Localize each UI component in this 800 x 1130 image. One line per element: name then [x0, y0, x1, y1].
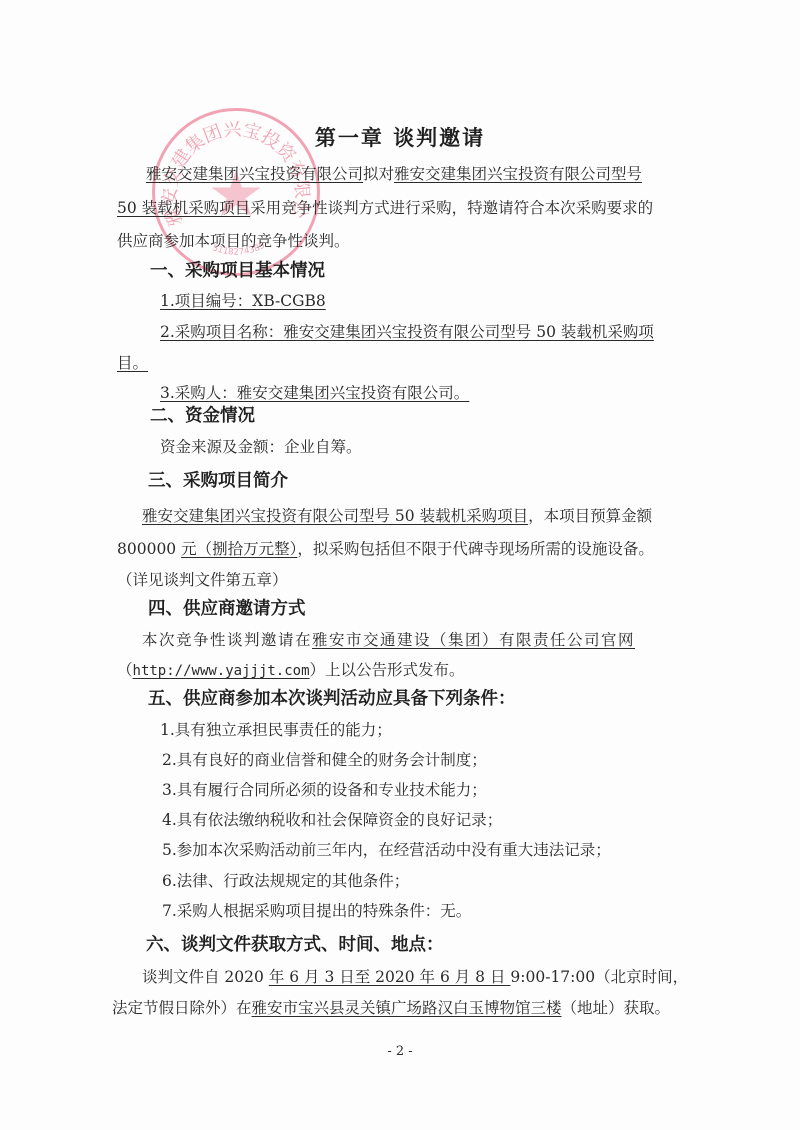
- condition-item: 4.具有依法缴纳税收和社会保障资金的良好记录；: [162, 810, 502, 830]
- project-number: 1.项目编号：XB-CGB8: [160, 291, 326, 311]
- page-number: - 2 -: [0, 1044, 800, 1059]
- project-intro-line-1: 雅安交建集团兴宝投资有限公司型号 50 装载机采购项目，本项目预算金额: [142, 506, 652, 526]
- section-3-heading: 三、采购项目简介: [148, 471, 288, 491]
- invitation-line-2: （http://www.yajjjt.com）上以公告形式发布。: [117, 660, 465, 681]
- intro-line-2: 50 装载机采购项目采用竞争性谈判方式进行采购，特邀请符合本次采购要求的: [117, 198, 653, 218]
- project-name-line-2: 目。: [117, 353, 148, 373]
- intro-line-1: 雅安交建集团兴宝投资有限公司拟对雅安交建集团兴宝投资有限公司型号: [146, 164, 642, 184]
- project-name-line-1: 2.采购项目名称：雅安交建集团兴宝投资有限公司型号 50 装载机采购项: [160, 322, 654, 342]
- section-6-heading: 六、谈判文件获取方式、时间、地点：: [146, 935, 444, 955]
- condition-item: 2.具有良好的商业信誉和健全的财务会计制度；: [162, 750, 487, 770]
- section-1-heading: 一、采购项目基本情况: [150, 261, 325, 281]
- condition-item: 1.具有独立承担民事责任的能力；: [160, 720, 392, 740]
- section-4-heading: 四、供应商邀请方式: [148, 599, 306, 619]
- section-2-heading: 二、资金情况: [150, 406, 255, 426]
- condition-item: 7.采购人根据采购项目提出的特殊条件：无。: [162, 901, 471, 921]
- intro-line-3: 供应商参加本项目的竞争性谈判。: [117, 231, 350, 251]
- document-page: 雅安交建集团兴宝投资有限公司 5118274385 ★ 第一章 谈判邀请 雅安交…: [0, 0, 800, 1130]
- invitation-line-1: 本次竞争性谈判邀请在雅安市交通建设（集团）有限责任公司官网: [142, 630, 635, 650]
- condition-item: 3.具有履行合同所必须的设备和专业技术能力；: [162, 780, 487, 800]
- chapter-title: 第一章 谈判邀请: [0, 122, 800, 152]
- section-5-heading: 五、供应商参加本次谈判活动应具备下列条件：: [148, 689, 516, 709]
- purchaser: 3.采购人：雅安交建集团兴宝投资有限公司。: [160, 383, 469, 403]
- acquisition-line-2: 法定节假日除外）在雅安市宝兴县灵关镇广场路汉白玉博物馆三楼（地址）获取。: [112, 998, 670, 1018]
- project-intro-line-2: 800000 元（捌拾万元整），拟采购包括但不限于代碑寺现场所需的设施设备。: [117, 539, 654, 559]
- website-link[interactable]: http://www.yajjjt.com: [133, 663, 310, 679]
- condition-item: 6.法律、行政法规规定的其他条件；: [162, 871, 409, 891]
- funding-source: 资金来源及金额：企业自筹。: [160, 437, 362, 457]
- acquisition-line-1: 谈判文件自 2020 年 6 月 3 日至 2020 年 6 月 8 日 9:0…: [142, 967, 688, 987]
- condition-item: 5.参加本次采购活动前三年内，在经营活动中没有重大违法记录；: [162, 840, 611, 860]
- project-intro-line-3: （详见谈判文件第五章）: [117, 570, 288, 590]
